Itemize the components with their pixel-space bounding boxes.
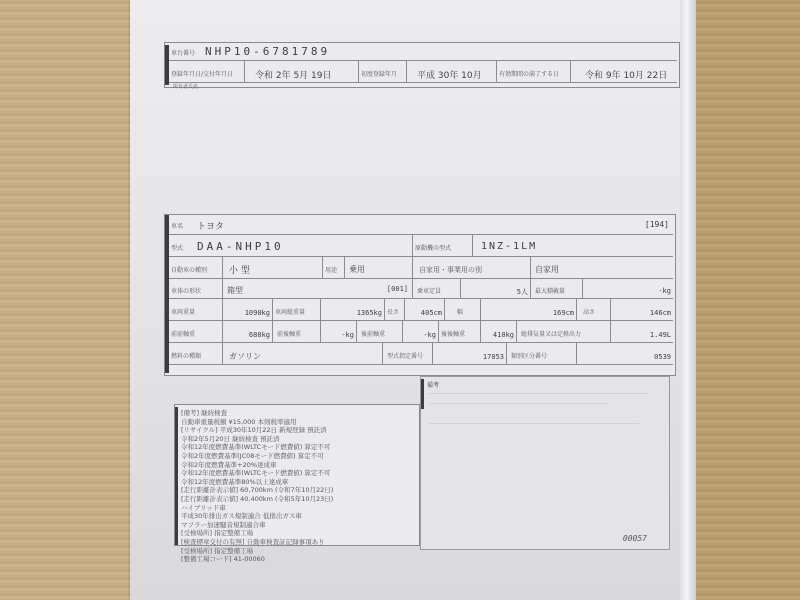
sleeve-edge-glare <box>680 0 696 600</box>
faint-line <box>429 393 649 394</box>
faint-line <box>429 423 639 424</box>
private-cell: 自家用 <box>531 257 673 279</box>
gross-weight-label-cell: 車両総重量 <box>273 299 321 321</box>
note-line: 令和12年度燃費基準(WLTCモード燃費値) 算定不可 <box>181 443 413 452</box>
expiry-cell: 令和 9年 10月 22日 <box>571 61 677 83</box>
usage: 乗用 <box>349 264 365 275</box>
front-axle-cell: 680kg <box>223 321 273 343</box>
gross-weight-cell: 1365kg <box>321 299 385 321</box>
note-line: マフラー加速騒音規制適合車 <box>181 521 413 530</box>
usage-cell: 乗用 <box>345 257 413 279</box>
usage-label-cell: 用途 <box>323 257 345 279</box>
displacement: 1.49L <box>650 331 671 339</box>
rear-front-axle-label-cell: 後前軸重 <box>357 321 403 343</box>
expiry-label: 有効期間の満了する日 <box>499 69 559 78</box>
left-margin-bar <box>421 379 424 409</box>
model-code: DAA-NHP10 <box>197 240 284 253</box>
remarks-section: 備考 00057 <box>420 376 670 550</box>
engine-label-cell: 原動機の型式 <box>413 235 473 257</box>
max-load-label: 最大積載量 <box>535 286 565 295</box>
category-cell: 0539 <box>577 343 673 365</box>
height-cell: 146cm <box>611 299 673 321</box>
rear-axle-cell: 410kg <box>481 321 517 343</box>
max-load: -kg <box>658 287 671 295</box>
front-rear-axle-label: 前後軸重 <box>277 329 301 338</box>
serial-number: 00057 <box>623 534 647 543</box>
engine-model-label: 原動機の型式 <box>415 243 451 252</box>
remarks-label: 備考 <box>427 380 439 389</box>
note-line: 平成30年排出ガス規制適合 低排出ガス車 <box>181 512 413 521</box>
private-label-cell: 自家用・事業用の別 <box>413 257 531 279</box>
chassis-number-row: 車台番号 NHP10-6781789 <box>169 43 677 61</box>
registration-date-label-cell: 登録年月日/交付年月日 <box>169 61 245 83</box>
displacement-label: 総排気量又は定格出力 <box>521 329 581 338</box>
width-label-cell: 幅 <box>445 299 481 321</box>
width-cell: 169cm <box>481 299 577 321</box>
model-label: 型式 <box>171 243 183 252</box>
body-label-cell: 車体の形状 <box>169 279 223 299</box>
category-number: 0539 <box>654 353 671 361</box>
registration-date-label: 登録年月日/交付年月日 <box>171 69 233 78</box>
front-axle-label: 前前軸重 <box>171 329 195 338</box>
front-rear-axle: -kg <box>341 331 354 339</box>
max-load-label-cell: 最大積載量 <box>531 279 583 299</box>
expiry-date: 令和 9年 10月 22日 <box>585 68 667 81</box>
private-business-label: 自家用・事業用の別 <box>419 265 482 275</box>
type-designation-label: 型式指定番号 <box>387 351 423 360</box>
category-label-cell: 類別区分番号 <box>507 343 577 365</box>
length-label-cell: 長さ <box>385 299 405 321</box>
left-margin-bar <box>175 407 178 545</box>
note-line: [受検場所] 指定整備工場 <box>181 547 413 556</box>
note-line: [整備工場コード] 41-00060 <box>181 555 413 564</box>
capacity: 5人 <box>517 287 528 297</box>
gross-weight: 1365kg <box>357 309 382 317</box>
gross-weight-label: 車両総重量 <box>275 307 305 316</box>
note-line: ハイブリッド車 <box>181 504 413 513</box>
model-cell: 型式 DAA-NHP10 <box>169 235 413 257</box>
vehicle-class: 小 型 <box>229 263 250 276</box>
maker-code: [194] <box>645 220 669 229</box>
fuel-type: ガソリン <box>229 351 261 362</box>
chassis-number-label: 車台番号 <box>171 48 195 57</box>
height: 146cm <box>650 309 671 317</box>
note-line: [走行距離計表示値] 60,700km (令和7年10月22日) <box>181 486 413 495</box>
front-axle: 680kg <box>249 331 270 339</box>
length-cell: 405cm <box>405 299 445 321</box>
vehicle-weight: 1090kg <box>245 309 270 317</box>
type-designation-cell: 17053 <box>433 343 507 365</box>
capacity-label: 乗車定員 <box>417 286 441 295</box>
faint-line <box>429 403 609 404</box>
length-label: 長さ <box>387 307 399 316</box>
fuel-label: 燃料の種類 <box>171 351 201 360</box>
type-designation-label-cell: 型式指定番号 <box>383 343 433 365</box>
rear-front-axle-cell: -kg <box>403 321 439 343</box>
engine-cell: 1NZ-1LM <box>473 235 673 257</box>
private-business: 自家用 <box>535 264 559 275</box>
notes-section: [備考] 継続検査 自動車重量税額 ¥15,000 本則税率適用 [リサイクル]… <box>174 404 420 546</box>
category-label: 類別区分番号 <box>511 351 547 360</box>
length: 405cm <box>421 309 442 317</box>
certificate-top-section: 車台番号 NHP10-6781789 登録年月日/交付年月日 令和 2年 5月 … <box>164 42 680 88</box>
expiry-label-cell: 有効期間の満了する日 <box>497 61 571 83</box>
note-line: [走行距離計表示値] 40,400km (令和5年10月23日) <box>181 495 413 504</box>
weight-label: 車両重量 <box>171 307 195 316</box>
note-line: [受検場所] 指定整備工場 <box>181 529 413 538</box>
weight-label-cell: 車両重量 <box>169 299 223 321</box>
front-rear-axle-cell: -kg <box>321 321 357 343</box>
engine-model: 1NZ-1LM <box>481 241 537 252</box>
capacity-label-cell: 乗車定員 <box>413 279 461 299</box>
max-load-cell: -kg <box>583 279 673 299</box>
height-label-cell: 高さ <box>577 299 611 321</box>
front-axle-label-cell: 前前軸重 <box>169 321 223 343</box>
body-shape-label: 車体の形状 <box>171 286 201 295</box>
chassis-number: NHP10-6781789 <box>205 45 330 58</box>
vehicle-class-label: 自動車の種別 <box>171 265 207 274</box>
note-line: 令和2年5月20日 継続検査 預託済 <box>181 435 413 444</box>
first-reg-label: 初度登録年月 <box>361 69 397 78</box>
wood-surface-left <box>0 0 130 600</box>
fuel-label-cell: 燃料の種類 <box>169 343 223 365</box>
wood-surface-right <box>688 0 800 600</box>
first-reg-year-month: 平成 30年 10月 <box>417 68 482 81</box>
note-line: [リサイクル] 平成30年10月22日 新規登録 預託済 <box>181 426 413 435</box>
displacement-label-cell: 総排気量又は定格出力 <box>517 321 611 343</box>
width: 169cm <box>553 309 574 317</box>
weight-cell: 1090kg <box>223 299 273 321</box>
note-line: [検査標章交付の有無] 自動車検査証記録事項あり <box>181 538 413 547</box>
note-line: [備考] 継続検査 <box>181 409 413 418</box>
height-label: 高さ <box>583 307 595 316</box>
maker-row: 車名 トヨタ [194] <box>169 215 673 235</box>
front-rear-axle-label-cell: 前後軸重 <box>273 321 321 343</box>
width-label: 幅 <box>457 307 463 316</box>
note-line: 令和12年度燃費基準(WLTCモード燃費値) 算定不可 <box>181 469 413 478</box>
type-designation: 17053 <box>483 353 504 361</box>
class-label-cell: 自動車の種別 <box>169 257 223 279</box>
capacity-cell: 5人 <box>461 279 531 299</box>
registration-date: 令和 2年 5月 19日 <box>255 68 332 81</box>
rear-front-axle-label: 後前軸重 <box>361 329 385 338</box>
maker-label: 車名 <box>171 221 183 230</box>
maker-name: トヨタ <box>197 219 224 232</box>
class-cell: 小 型 <box>223 257 323 279</box>
first-reg-label-cell: 初度登録年月 <box>359 61 407 83</box>
owner-label: 所有者氏名 <box>173 83 198 90</box>
usage-label: 用途 <box>325 265 337 274</box>
note-line: 令和2年度燃費基準(JC08モード燃費値) 算定不可 <box>181 452 413 461</box>
note-line: 令和2年度燃費基準+20%達成車 <box>181 461 413 470</box>
body-shape: 箱型 <box>227 285 243 296</box>
displacement-cell: 1.49L <box>611 321 673 343</box>
rear-axle-label-cell: 後後軸重 <box>439 321 481 343</box>
rear-front-axle: -kg <box>423 331 436 339</box>
body-shape-code: [001] <box>387 285 408 293</box>
fuel-cell: ガソリン <box>223 343 383 365</box>
body-cell: 箱型 [001] <box>223 279 413 299</box>
rear-axle-label: 後後軸重 <box>441 329 465 338</box>
certificate-main-section: 車名 トヨタ [194] 型式 DAA-NHP10 原動機の型式 1NZ-1LM… <box>164 214 676 376</box>
note-line: 令和12年度燃費基準80%以上達成車 <box>181 478 413 487</box>
rear-axle: 410kg <box>493 331 514 339</box>
registration-date-cell: 令和 2年 5月 19日 <box>245 61 359 83</box>
note-line: 自動車重量税額 ¥15,000 本則税率適用 <box>181 418 413 427</box>
first-reg-cell: 平成 30年 10月 <box>407 61 497 83</box>
